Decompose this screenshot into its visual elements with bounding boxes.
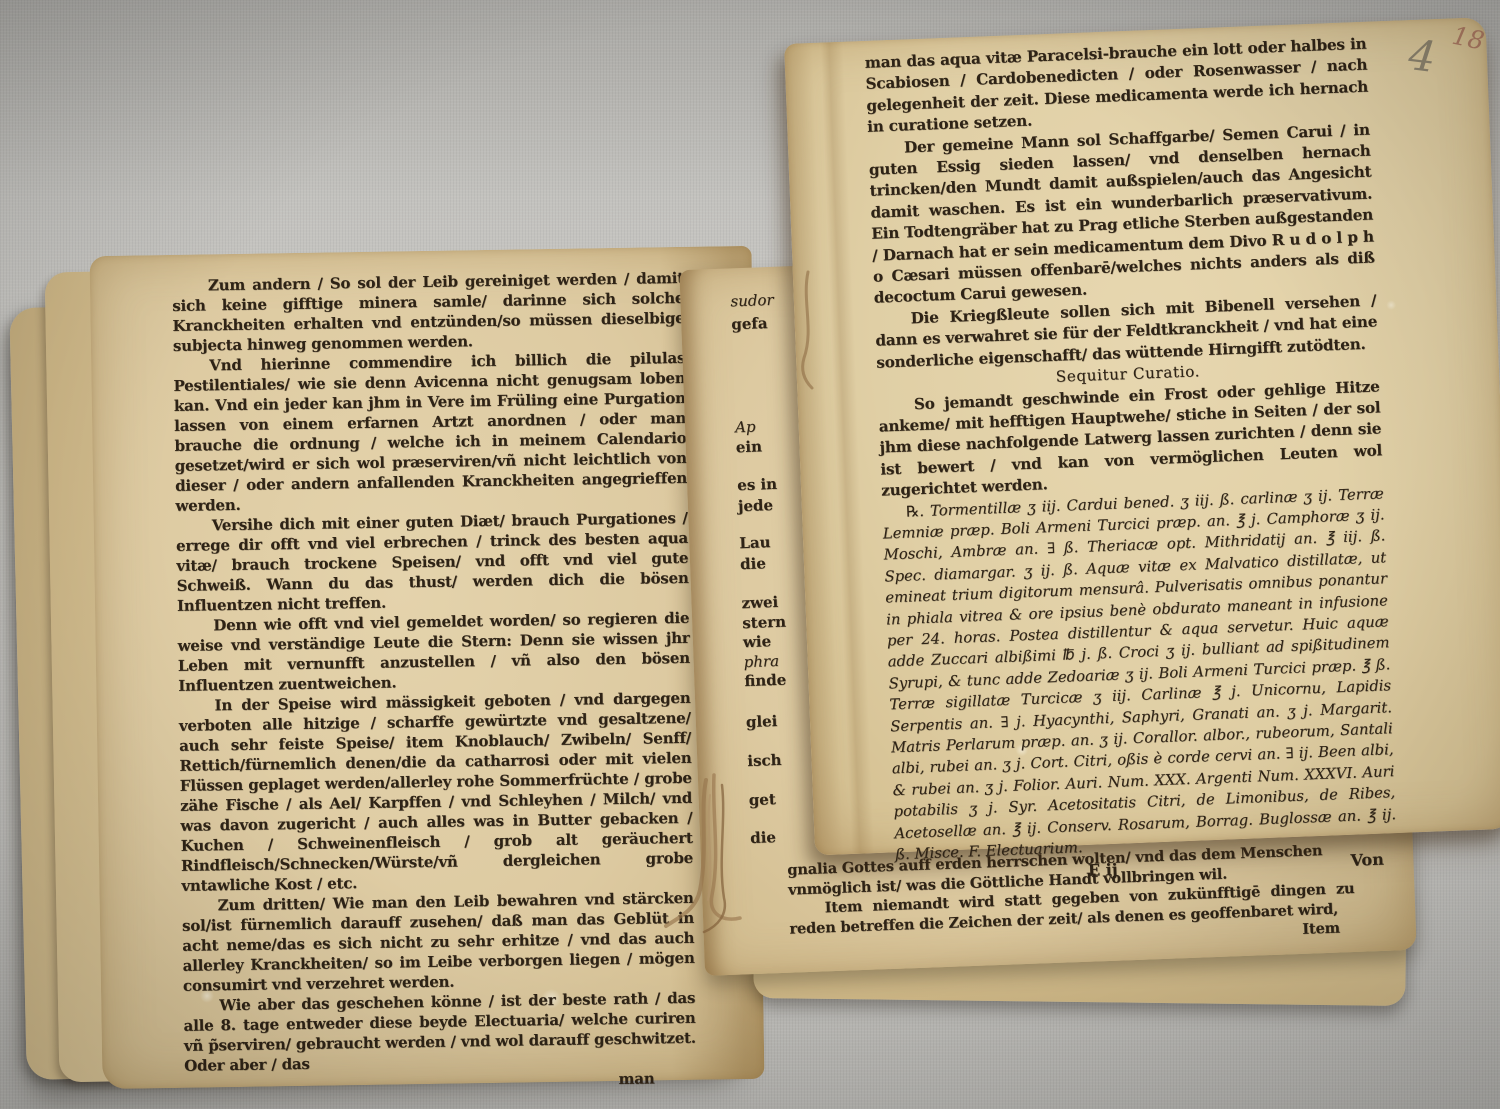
text-fragment: Lau [739,533,771,552]
quire-signature: E ij [1088,860,1118,880]
paragraph: So jemandt geschwinde ein Frost oder geh… [878,376,1384,502]
right-page-loose-leaf: man das aqua vitæ Paracelsi-brauche ein … [784,17,1500,855]
handwritten-numeral: 4 [1406,30,1438,82]
text-fragment: isch [747,751,782,770]
catchword: Von [1350,850,1384,870]
handwritten-page-number: 18 [1450,21,1487,56]
text-fragment: die [750,828,776,847]
text-fragment: es in [737,475,777,494]
paragraph: Zum andern / So sol der Leib gereiniget … [172,268,685,356]
text-fragment: sudor [730,291,774,311]
paragraph: Vnd hierinne commendire ich billich die … [173,348,687,516]
paragraph: Der gemeine Mann sol Schaffgarbe/ Semen … [868,119,1376,309]
text-fragment: phra [743,652,779,671]
left-page-text: Zum andern / So sol der Leib gereiniget … [172,268,697,1096]
text-fragment: die [740,554,766,573]
text-fragment: finde [744,671,786,691]
paragraph: Wie aber das geschehen könne / ist der b… [183,988,696,1076]
photograph-antique-pamphlet: Zum andern / So sol der Leib gereiniget … [0,0,1500,1109]
paragraph: In der Speise wird mässigkeit geboten / … [178,688,693,896]
left-page: Zum andern / So sol der Leib gereiniget … [89,246,764,1089]
right-page-text: man das aqua vitæ Paracelsi-brauche ein … [864,34,1397,866]
text-fragment: jede [738,496,774,515]
text-fragment: stern [742,613,786,633]
text-fragment: ein [735,437,762,456]
paragraph: Denn wie offt vnd viel gemeldet worden/ … [177,608,690,696]
text-fragment: get [748,790,776,809]
paragraph: Zum dritten/ Wie man den Leib bewahren v… [182,888,696,996]
text-fragment: Ap [735,418,756,437]
paragraph: Versihe dich mit einer guten Diæt/ brauc… [176,508,690,616]
text-fragment: gefa [731,314,768,333]
paragraph: ℞. Tormentillæ ʒ iij. Cardui bened. ʒ ii… [882,483,1398,866]
text-fragment: zwei [741,593,778,612]
text-fragment: wie [743,632,772,651]
text-fragment: glei [746,712,778,731]
